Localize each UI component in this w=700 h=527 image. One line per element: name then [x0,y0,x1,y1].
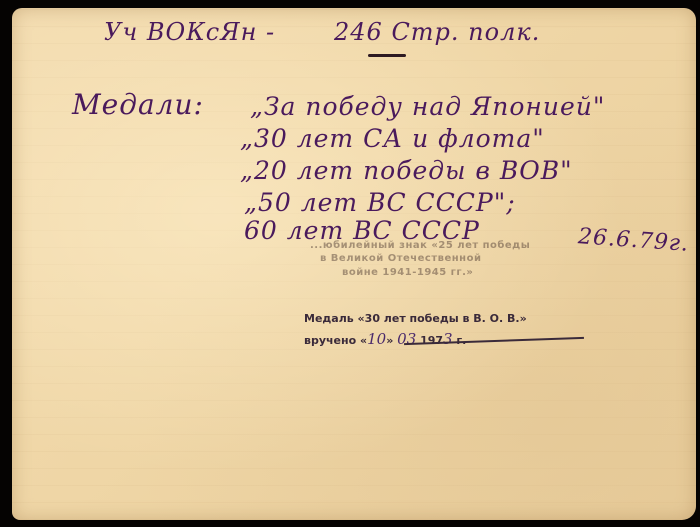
medal-item: „За победу над Японией" [250,92,605,121]
stamp-awarded-label: вручено « [304,334,367,347]
faded-print-line: войне 1941-1945 гг.» [342,267,473,278]
stamp-day: 10 [367,330,386,348]
document-card: Уч ВОКсЯн - 246 Стр. полк. Медали: „За п… [12,8,696,520]
faded-print-line: ...юбилейный знак «25 лет победы [310,240,530,251]
medal-item: „50 лет ВС СССР"; [244,188,516,217]
unit-text: 246 Стр. полк. [334,18,540,46]
medals-label: Медали: [72,88,204,121]
date-note: 26.6.79г. [577,224,690,257]
stamp-line-medal: Медаль «30 лет победы в В. О. В.» [304,312,527,325]
medal-item: „20 лет победы в ВОВ" [240,156,573,185]
stamp-separator: » [386,334,397,347]
stamp-year-digit: 3 [443,330,453,348]
header-left-text: Уч ВОКсЯн - [104,18,275,46]
stamp-month: 03 [397,330,416,348]
stamp-year-prefix: 197 [416,334,443,347]
medal-item: „30 лет СА и флота" [240,124,545,153]
underline-mark [368,54,406,57]
faded-print-line: в Великой Отечественной [320,253,481,264]
stamp-line-awarded: вручено «10» 03 1973 г. [304,330,466,348]
